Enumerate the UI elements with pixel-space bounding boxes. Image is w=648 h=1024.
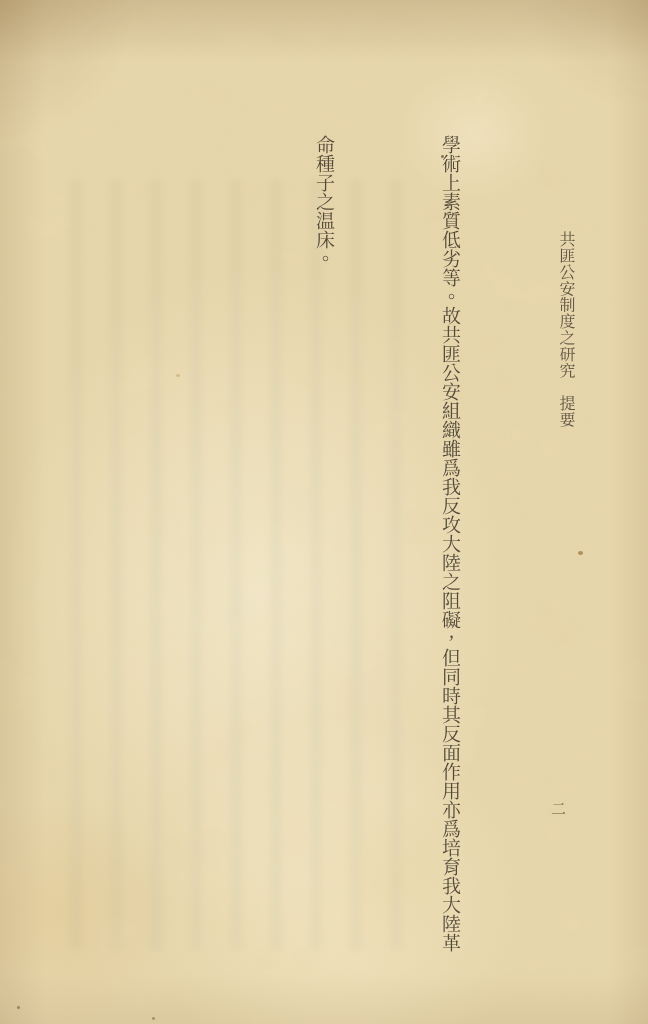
body-column-1: 學術上素質低劣等。故共匪公安組織雖爲我反攻大陸之阻礙，但同時其反面作用亦爲培育我… [428,135,470,980]
paper-speck [17,1006,20,1009]
page-number: 二 [548,801,565,816]
body-text: 學術上素質低劣等。故共匪公安組織雖爲我反攻大陸之阻礙，但同時其反面作用亦爲培育我… [466,135,554,980]
paper-speck [152,1017,155,1020]
paper-speck [176,374,180,377]
running-header: 共匪公安制度之研究 提要 [554,231,577,428]
body-column-2: 命種子之温床。 [302,135,344,980]
paper-speck [578,551,583,555]
paper-speck [441,155,444,158]
scanned-page: 共匪公安制度之研究 提要 學術上素質低劣等。故共匪公安組織雖爲我反攻大陸之阻礙，… [0,0,648,1024]
